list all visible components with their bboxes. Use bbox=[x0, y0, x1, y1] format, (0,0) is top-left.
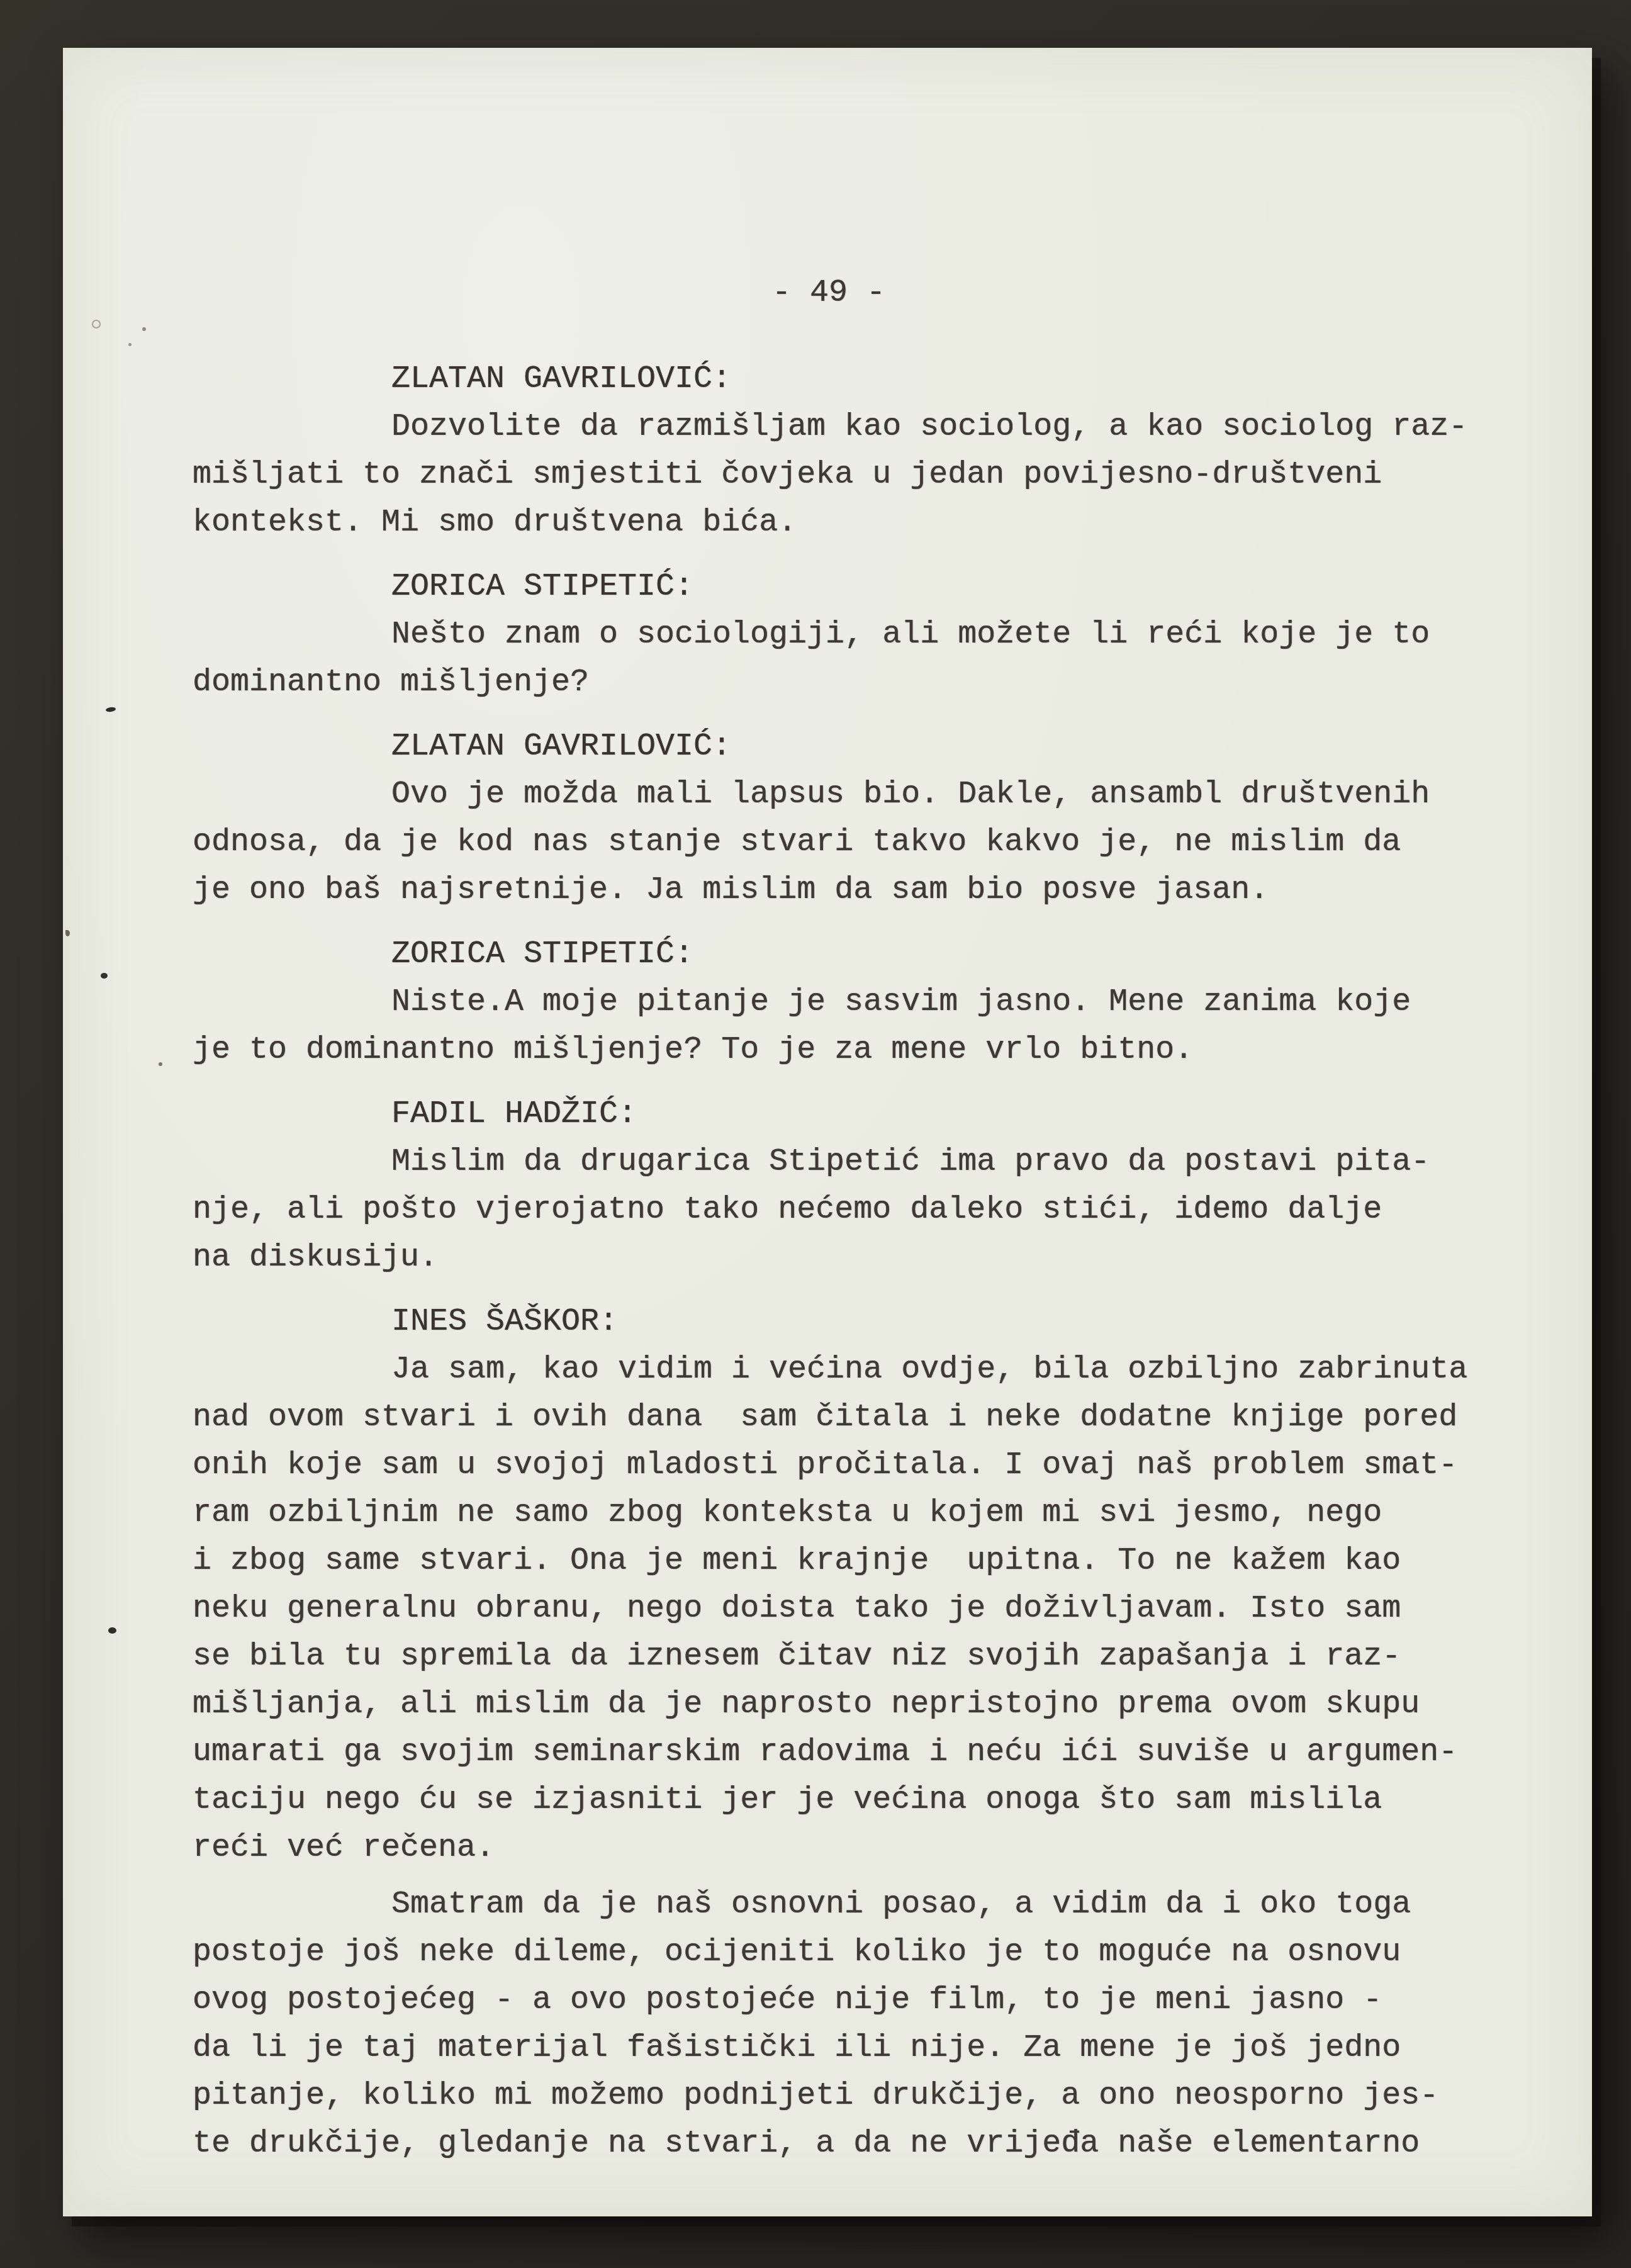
text-line: odnosa, da je kod nas stanje stvari takv… bbox=[193, 819, 1514, 867]
speaker-heading: ZLATAN GAVRILOVIĆ: bbox=[193, 723, 1514, 771]
paragraph: Smatram da je naš osnovni posao, a vidim… bbox=[193, 1881, 1514, 2168]
text-line: je to dominantno mišljenje? To je za men… bbox=[193, 1026, 1514, 1074]
ink-speck bbox=[65, 930, 70, 936]
text-line: mišljanja, ali mislim da je naprosto nep… bbox=[193, 1681, 1514, 1729]
scan-background: - 49 - ZLATAN GAVRILOVIĆ:Dozvolite da ra… bbox=[0, 0, 1631, 2268]
paragraph: Nešto znam o sociologiji, ali možete li … bbox=[193, 611, 1514, 707]
ink-speck bbox=[101, 973, 108, 979]
text-line: te drukčije, gledanje na stvari, a da ne… bbox=[193, 2120, 1514, 2168]
text-line: reći već rečena. bbox=[193, 1824, 1514, 1872]
text-line: umarati ga svojim seminarskim radovima i… bbox=[193, 1729, 1514, 1777]
text-line: se bila tu spremila da iznesem čitav niz… bbox=[193, 1633, 1514, 1681]
text-line: Ja sam, kao vidim i većina ovdje, bila o… bbox=[193, 1346, 1514, 1394]
text-line: INES ŠAŠKOR: bbox=[193, 1298, 1514, 1346]
text-line: nje, ali pošto vjerojatno tako nećemo da… bbox=[193, 1186, 1514, 1234]
text-line: je ono baš najsretnije. Ja mislim da sam… bbox=[193, 867, 1514, 914]
text-line: nad ovom stvari i ovih dana sam čitala i… bbox=[193, 1394, 1514, 1442]
paragraph: Mislim da drugarica Stipetić ima pravo d… bbox=[193, 1138, 1514, 1282]
text-line: Ovo je možda mali lapsus bio. Dakle, ans… bbox=[193, 771, 1514, 819]
speaker-heading: ZORICA STIPETIĆ: bbox=[193, 931, 1514, 979]
pencil-mark bbox=[92, 320, 101, 328]
text-line: kontekst. Mi smo društvena bića. bbox=[193, 499, 1514, 547]
text-line: na diskusiju. bbox=[193, 1234, 1514, 1282]
speaker-heading: FADIL HADŽIĆ: bbox=[193, 1091, 1514, 1138]
paragraph: Niste.A moje pitanje je sasvim jasno. Me… bbox=[193, 979, 1514, 1074]
text-line: ZORICA STIPETIĆ: bbox=[193, 931, 1514, 979]
text-line: da li je taj materijal fašistički ili ni… bbox=[193, 2024, 1514, 2072]
text-line: Nešto znam o sociologiji, ali možete li … bbox=[193, 611, 1514, 659]
page-number: - 49 - bbox=[772, 269, 885, 317]
speaker-heading: ZLATAN GAVRILOVIĆ: bbox=[193, 356, 1514, 403]
page-content: ZLATAN GAVRILOVIĆ:Dozvolite da razmišlja… bbox=[193, 356, 1514, 2168]
pencil-mark bbox=[128, 343, 132, 346]
speaker-heading: ZORICA STIPETIĆ: bbox=[193, 563, 1514, 611]
text-line: Smatram da je naš osnovni posao, a vidim… bbox=[193, 1881, 1514, 1929]
text-line: dominantno mišljenje? bbox=[193, 659, 1514, 707]
text-line: ZLATAN GAVRILOVIĆ: bbox=[193, 723, 1514, 771]
text-line: ZLATAN GAVRILOVIĆ: bbox=[193, 356, 1514, 403]
text-line: FADIL HADŽIĆ: bbox=[193, 1091, 1514, 1138]
text-line: ovog postojećeg - a ovo postojeće nije f… bbox=[193, 1977, 1514, 2024]
text-line: pitanje, koliko mi možemo podnijeti druk… bbox=[193, 2072, 1514, 2120]
text-line: Mislim da drugarica Stipetić ima pravo d… bbox=[193, 1138, 1514, 1186]
text-line: ZORICA STIPETIĆ: bbox=[193, 563, 1514, 611]
text-line: ram ozbiljnim ne samo zbog konteksta u k… bbox=[193, 1490, 1514, 1537]
text-line: mišljati to znači smjestiti čovjeka u je… bbox=[193, 451, 1514, 499]
ink-speck bbox=[159, 1062, 162, 1066]
text-line: Niste.A moje pitanje je sasvim jasno. Me… bbox=[193, 979, 1514, 1026]
speaker-heading: INES ŠAŠKOR: bbox=[193, 1298, 1514, 1346]
document-page: - 49 - ZLATAN GAVRILOVIĆ:Dozvolite da ra… bbox=[63, 48, 1592, 2216]
text-line: neku generalnu obranu, nego doista tako … bbox=[193, 1585, 1514, 1633]
paragraph: Dozvolite da razmišljam kao sociolog, a … bbox=[193, 403, 1514, 547]
text-line: taciju nego ću se izjasniti jer je većin… bbox=[193, 1777, 1514, 1824]
text-line: Dozvolite da razmišljam kao sociolog, a … bbox=[193, 403, 1514, 451]
text-line: i zbog same stvari. Ona je meni krajnje … bbox=[193, 1537, 1514, 1585]
text-line: postoje još neke dileme, ocijeniti kolik… bbox=[193, 1929, 1514, 1977]
ink-speck bbox=[108, 1627, 116, 1634]
paragraph: Ja sam, kao vidim i većina ovdje, bila o… bbox=[193, 1346, 1514, 1872]
paragraph: Ovo je možda mali lapsus bio. Dakle, ans… bbox=[193, 771, 1514, 914]
text-line: onih koje sam u svojoj mladosti pročital… bbox=[193, 1442, 1514, 1490]
pencil-mark bbox=[142, 327, 146, 331]
